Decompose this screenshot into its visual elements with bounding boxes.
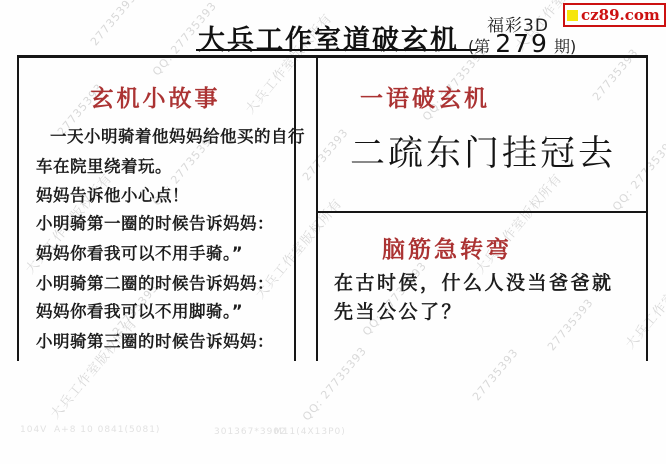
story-panel-title: 玄机小故事 bbox=[17, 80, 294, 113]
story-line: 小明骑第一圈的时候告诉妈妈： bbox=[36, 210, 274, 234]
watermark-text: 27735393 bbox=[88, 0, 139, 48]
riddle-text-line: 在古时侯，什么人没当爸爸就 bbox=[334, 268, 614, 295]
faint-footer-text: 104V bbox=[20, 425, 47, 435]
title-underline bbox=[196, 49, 477, 51]
mystery-phrase: 二疏东门挂冠去 bbox=[318, 126, 648, 176]
right-panel-divider bbox=[316, 211, 648, 213]
phrase-panel-title: 一语破玄机 bbox=[360, 80, 490, 113]
story-line: 小明骑第二圈的时候告诉妈妈： bbox=[36, 270, 274, 294]
riddle-text-line: 先当公公了？ bbox=[334, 297, 463, 324]
story-line: 车在院里绕着玩。 bbox=[36, 153, 172, 177]
riddle-panel-title: 脑筋急转弯 bbox=[382, 231, 512, 264]
box-top-border-segment bbox=[292, 55, 316, 58]
logo-yellow-square-icon bbox=[567, 10, 578, 21]
cz89-logo[interactable]: cz89.com bbox=[563, 3, 666, 27]
faint-footer-text: A+8 10 0841(5081) bbox=[54, 425, 160, 435]
story-line: 妈妈你看我可以不用手骑。” bbox=[36, 240, 243, 264]
lottery-tip-sheet-page: 27735393大兵工作室版权所有QQ: 2773539327735393大兵工… bbox=[0, 0, 666, 464]
issue-number-label: (第 279 期) bbox=[468, 29, 576, 58]
issue-suffix: 期) bbox=[554, 34, 576, 57]
issue-number: 279 bbox=[495, 29, 549, 58]
story-line: 一天小明骑着他妈妈给他买的自行 bbox=[50, 123, 305, 147]
faint-footer-text: M11(4X13P0) bbox=[274, 427, 346, 437]
story-line: 小明骑第三圈的时候告诉妈妈： bbox=[36, 328, 274, 352]
logo-text: cz89.com bbox=[581, 6, 660, 24]
issue-prefix: (第 bbox=[468, 34, 490, 57]
story-line: 妈妈告诉他小心点！ bbox=[36, 182, 189, 206]
page-title: 大兵工作室道破玄机 bbox=[198, 18, 459, 57]
story-line: 妈妈你看我可以不用脚骑。” bbox=[36, 298, 243, 322]
